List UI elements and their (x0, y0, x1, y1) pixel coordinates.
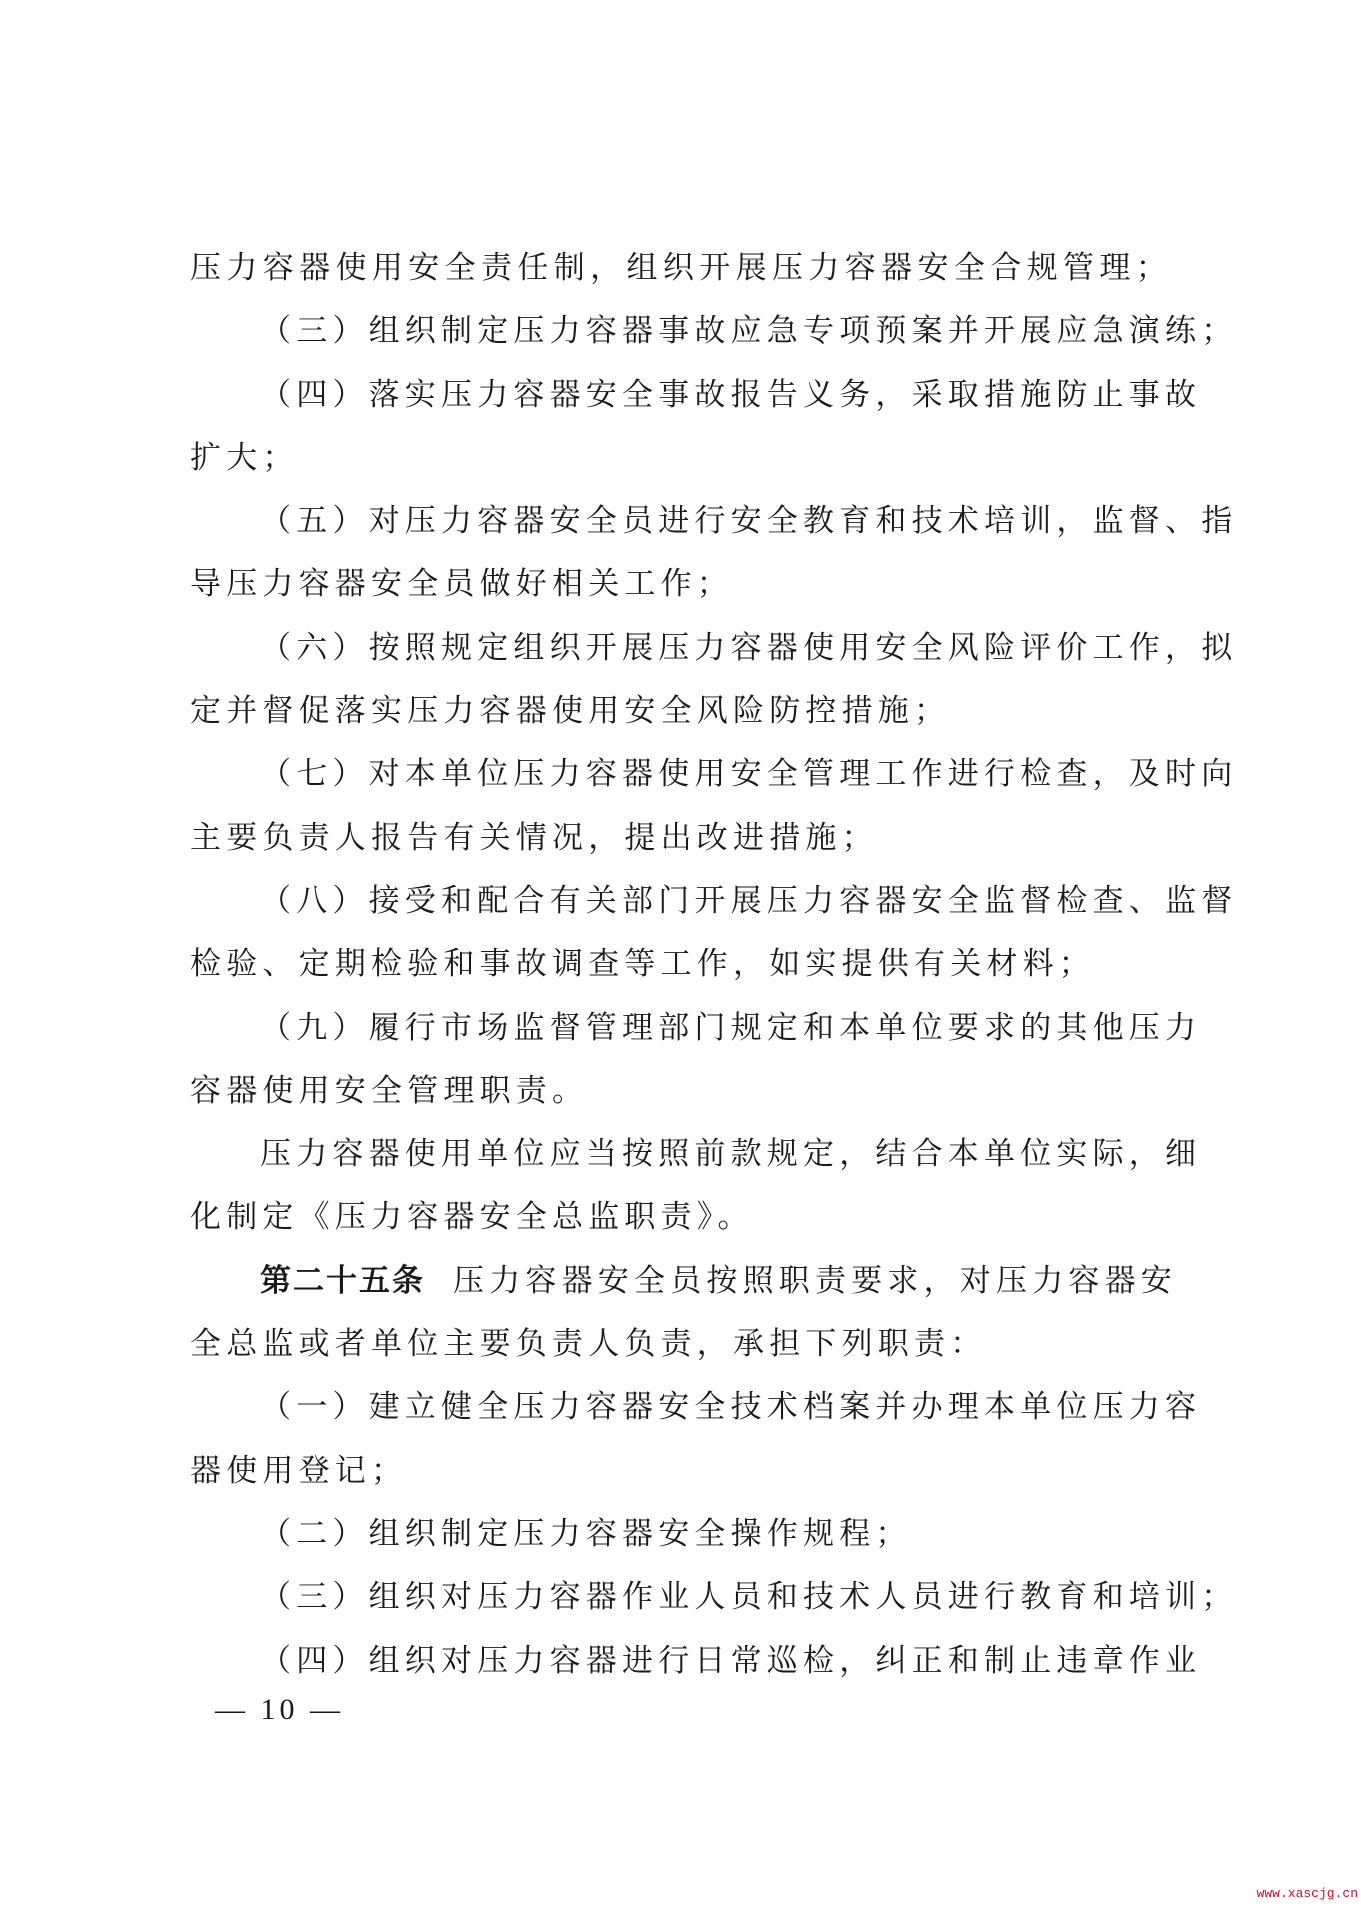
text-line: 器使用登记； (190, 1446, 1172, 1509)
article-heading-line: 第二十五条压力容器安全员按照职责要求，对压力容器安 (190, 1256, 1172, 1319)
text-line: 主要负责人报告有关情况，提出改进措施； (190, 813, 1172, 876)
text-line: （二）组织制定压力容器安全操作规程； (190, 1509, 1172, 1572)
line-text: （四）组织对压力容器进行日常巡检，纠正和制止违章作业 (260, 1643, 1201, 1679)
line-text: （四）落实压力容器安全事故报告义务，采取措施防止事故 (260, 377, 1201, 413)
text-line: （五）对压力容器安全员进行安全教育和技术培训，监督、指 (190, 496, 1172, 559)
text-line: 定并督促落实压力容器使用安全风险防控措施； (190, 686, 1172, 749)
text-line: 化制定《压力容器安全总监职责》。 (190, 1192, 1172, 1255)
text-line: （七）对本单位压力容器使用安全管理工作进行检查，及时向 (190, 749, 1172, 812)
line-text: 主要负责人报告有关情况，提出改进措施； (190, 820, 878, 856)
text-line: 扩大； (190, 433, 1172, 496)
line-text: 全总监或者单位主要负责人负责，承担下列职责： (190, 1326, 986, 1362)
line-text: 压力容器安全员按照职责要求，对压力容器安 (453, 1263, 1177, 1299)
document-body: 压力容器使用安全责任制，组织开展压力容器安全合规管理； （三）组织制定压力容器事… (190, 243, 1172, 1699)
line-text: 检验、定期检验和事故调查等工作，如实提供有关材料； (190, 946, 1095, 982)
text-line: 容器使用安全管理职责。 (190, 1066, 1172, 1129)
line-text: （八）接受和配合有关部门开展压力容器安全监督检查、监督 (260, 883, 1237, 919)
line-text: （三）组织制定压力容器事故应急专项预案并开展应急演练； (260, 313, 1237, 349)
text-line: 检验、定期检验和事故调查等工作，如实提供有关材料； (190, 939, 1172, 1002)
line-text: 压力容器使用安全责任制，组织开展压力容器安全合规管理； (190, 250, 1172, 286)
line-text: 化制定《压力容器安全总监职责》。 (190, 1199, 754, 1235)
line-text: 压力容器使用单位应当按照前款规定，结合本单位实际，细 (260, 1136, 1201, 1172)
line-text: 导压力容器安全员做好相关工作； (190, 566, 733, 602)
line-text: （七）对本单位压力容器使用安全管理工作进行检查，及时向 (260, 756, 1237, 792)
line-text: （五）对压力容器安全员进行安全教育和技术培训，监督、指 (260, 503, 1237, 539)
text-line: 压力容器使用安全责任制，组织开展压力容器安全合规管理； (190, 243, 1172, 306)
line-text: （九）履行市场监督管理部门规定和本单位要求的其他压力 (260, 1010, 1201, 1046)
text-line: （三）组织对压力容器作业人员和技术人员进行教育和培训； (190, 1572, 1172, 1635)
page-number: — 10 — (215, 1693, 344, 1727)
text-line: （八）接受和配合有关部门开展压力容器安全监督检查、监督 (190, 876, 1172, 939)
text-line: 压力容器使用单位应当按照前款规定，结合本单位实际，细 (190, 1129, 1172, 1192)
text-line: （四）组织对压力容器进行日常巡检，纠正和制止违章作业 (190, 1636, 1172, 1699)
text-line: （四）落实压力容器安全事故报告义务，采取措施防止事故 (190, 370, 1172, 433)
article-number: 第二十五条 (260, 1263, 425, 1299)
text-line: （九）履行市场监督管理部门规定和本单位要求的其他压力 (190, 1003, 1172, 1066)
text-line: 全总监或者单位主要负责人负责，承担下列职责： (190, 1319, 1172, 1382)
line-text: （三）组织对压力容器作业人员和技术人员进行教育和培训； (260, 1579, 1237, 1615)
line-text: 器使用登记； (190, 1453, 407, 1489)
line-text: （六）按照规定组织开展压力容器使用安全风险评价工作，拟 (260, 630, 1237, 666)
text-line: （一）建立健全压力容器安全技术档案并办理本单位压力容 (190, 1382, 1172, 1445)
line-text: 扩大； (190, 440, 299, 476)
text-line: （三）组织制定压力容器事故应急专项预案并开展应急演练； (190, 306, 1172, 369)
line-text: 容器使用安全管理职责。 (190, 1073, 588, 1109)
watermark-url: www.xascjg.cn (1257, 1886, 1358, 1901)
document-page: 压力容器使用安全责任制，组织开展压力容器安全合规管理； （三）组织制定压力容器事… (0, 0, 1361, 1909)
line-text: 定并督促落实压力容器使用安全风险防控措施； (190, 693, 950, 729)
text-line: （六）按照规定组织开展压力容器使用安全风险评价工作，拟 (190, 623, 1172, 686)
line-text: （二）组织制定压力容器安全操作规程； (260, 1516, 912, 1552)
text-line: 导压力容器安全员做好相关工作； (190, 559, 1172, 622)
line-text: （一）建立健全压力容器安全技术档案并办理本单位压力容 (260, 1389, 1201, 1425)
